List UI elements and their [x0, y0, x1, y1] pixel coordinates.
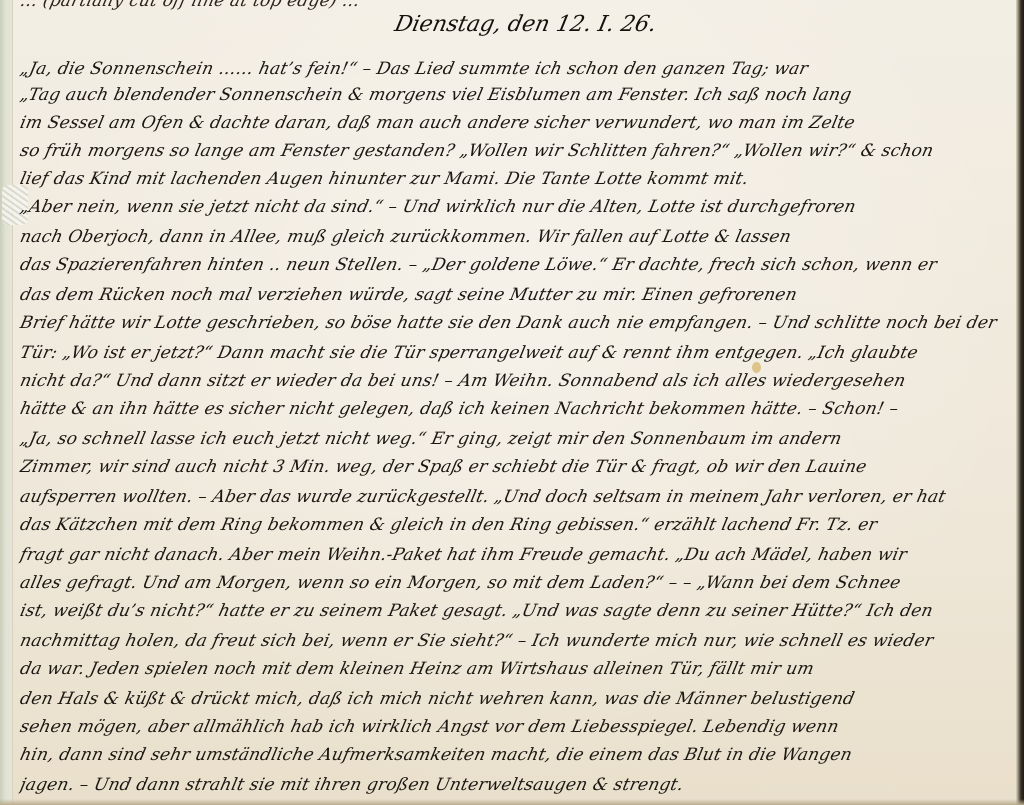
- handwritten-line: da war. Jeden spielen noch mit dem klein…: [18, 658, 1015, 680]
- handwritten-line: aufsperren wollten. – Aber das wurde zur…: [18, 486, 1015, 508]
- cut-off-top-line: … (partially cut off line at top edge) …: [18, 0, 1015, 12]
- handwritten-line: Tür: „Wo ist er jetzt?“ Dann macht sie d…: [18, 342, 1015, 364]
- handwritten-line: lief das Kind mit lachenden Augen hinunt…: [18, 168, 1015, 190]
- handwritten-line: „Aber nein, wenn sie jetzt nicht da sind…: [18, 196, 1015, 218]
- page-right-edge: [1016, 0, 1024, 805]
- date-heading: Dienstag, den 12. I. 26.: [392, 12, 658, 37]
- handwritten-line: „Ja, so schnell lasse ich euch jetzt nic…: [18, 428, 1015, 450]
- handwritten-line: alles gefragt. Und am Morgen, wenn so ei…: [18, 572, 1015, 594]
- handwritten-line: ist, weißt du’s nicht?“ hatte er zu sein…: [18, 600, 1015, 622]
- handwritten-line: hin, dann sind sehr umständliche Aufmerk…: [18, 744, 1015, 766]
- handwritten-line: jagen. – Und dann strahlt sie mit ihren …: [18, 774, 1015, 796]
- handwritten-line: hätte & an ihn hätte es sicher nicht gel…: [18, 398, 1015, 420]
- handwritten-line: fragt gar nicht danach. Aber mein Weihn.…: [18, 544, 1015, 566]
- handwritten-line: Zimmer, wir sind auch nicht 3 Min. weg, …: [18, 456, 1015, 478]
- handwritten-line: sehen mögen, aber allmählich hab ich wir…: [18, 716, 1015, 738]
- handwritten-line: das Spazierenfahren hinten .. neun Stell…: [18, 254, 1015, 276]
- diary-page: … (partially cut off line at top edge) ……: [0, 0, 1024, 805]
- handwritten-line: im Sessel am Ofen & dachte daran, daß ma…: [18, 112, 1015, 134]
- handwritten-line: den Hals & küßt & drückt mich, daß ich m…: [18, 688, 1015, 710]
- handwritten-line: nicht da?“ Und dann sitzt er wieder da b…: [18, 370, 1015, 392]
- handwritten-line: das dem Rücken noch mal verziehen würde,…: [18, 284, 1015, 306]
- handwritten-line: so früh morgens so lange am Fenster gest…: [18, 140, 1015, 162]
- handwritten-line: nach Oberjoch, dann in Allee, muß gleich…: [18, 226, 1015, 248]
- handwritten-line: Brief hätte wir Lotte geschrieben, so bö…: [18, 312, 1015, 334]
- handwritten-line: „Tag auch blendender Sonnenschein & morg…: [18, 84, 1015, 106]
- page-bottom-edge: [0, 799, 1024, 805]
- handwritten-line: nachmittag holen, da freut sich bei, wen…: [18, 630, 1015, 652]
- page-binding: [0, 0, 13, 805]
- handwritten-line: „Ja, die Sonnenschein …… hat’s fein!“ – …: [18, 58, 1015, 80]
- handwritten-line: das Kätzchen mit dem Ring bekommen & gle…: [18, 514, 1015, 536]
